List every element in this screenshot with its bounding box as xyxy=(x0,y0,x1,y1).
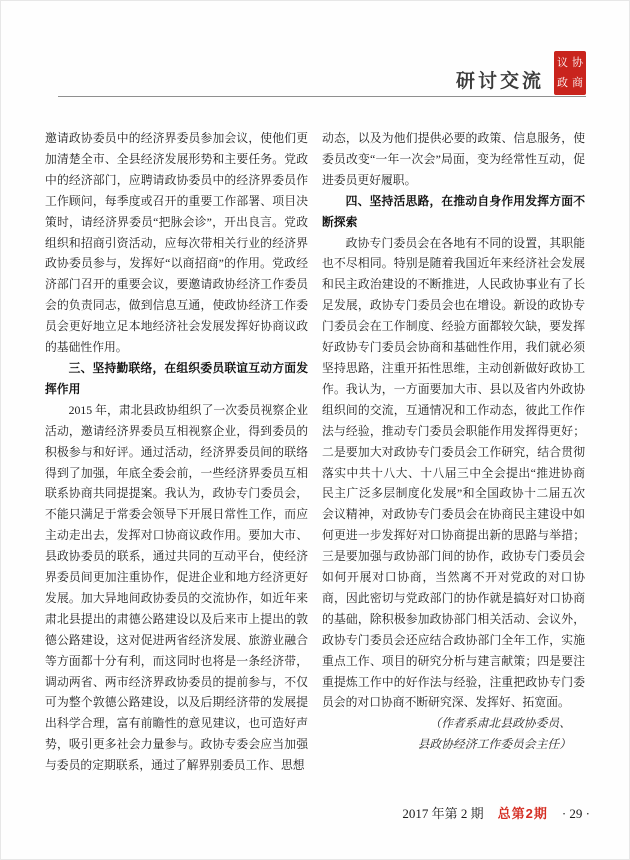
author-attribution: （作者系肃北县政协委员、 xyxy=(322,713,585,734)
article-body: 邀请政协委员中的经济界委员参加会议，使他们更加清楚全市、全县经济发展形势和主要任… xyxy=(45,128,585,776)
text-column-right: 动态，以及为他们提供必要的政策、信息服务，使委员改变“一年一次会”局面，变为经常… xyxy=(322,128,585,776)
body-paragraph: 2015 年，肃北县政协组织了一次委员视察企业活动，邀请经济界委员互相视察企业，… xyxy=(45,400,308,776)
body-paragraph: 动态，以及为他们提供必要的政策、信息服务，使委员改变“一年一次会”局面，变为经常… xyxy=(322,128,585,191)
body-paragraph: 政协专门委员会在各地有不同的设置，其职能也不尽相同。特别是随着我国近年来经济社会… xyxy=(322,233,585,714)
text-column-left: 邀请政协委员中的经济界委员参加会议，使他们更加清楚全市、全县经济发展形势和主要任… xyxy=(45,128,308,776)
body-paragraph: 邀请政协委员中的经济界委员参加会议，使他们更加清楚全市、全县经济发展形势和主要任… xyxy=(45,128,308,358)
seal-character: 协 xyxy=(572,58,583,69)
issue-label: 2017 年第 2 期 xyxy=(402,803,483,822)
author-attribution: 县政协经济工作委员会主任） xyxy=(322,734,585,755)
page-number: · 29 · xyxy=(562,806,590,822)
seal-character: 议 xyxy=(557,58,568,69)
section-heading: 四、坚持活思路，在推动自身作用发挥方面不断探索 xyxy=(322,191,585,233)
column-title: 研讨交流 xyxy=(456,66,544,96)
cumulative-issue-label: 总第2期 xyxy=(498,803,548,822)
red-seal-stamp-icon: 议协政商 xyxy=(554,51,586,95)
seal-character: 政 xyxy=(557,78,568,89)
section-heading: 三、坚持勤联络，在组织委员联谊互动方面发挥作用 xyxy=(45,358,308,400)
page-footer: 2017 年第 2 期 总第2期 · 29 · xyxy=(402,803,590,822)
seal-character: 商 xyxy=(572,78,583,89)
page-header: 研讨交流 议协政商 xyxy=(58,48,586,97)
journal-page: 研讨交流 议协政商 邀请政协委员中的经济界委员参加会议，使他们更加清楚全市、全县… xyxy=(0,0,630,860)
